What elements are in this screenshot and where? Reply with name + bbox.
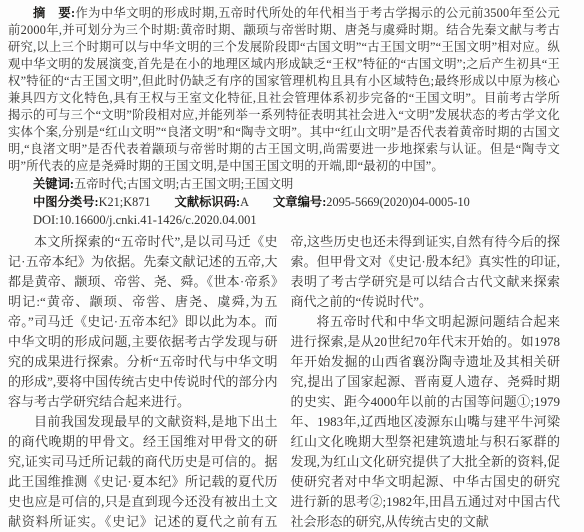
document-code-value: A (240, 195, 249, 209)
abstract-paragraph: 摘 要:作为中华文明的形成时期,五帝时代所处的年代相当于考古学揭示的公元前350… (8, 5, 560, 175)
document-code: 文献标识码:A (175, 195, 249, 209)
abstract-label: 摘 要: (33, 6, 75, 20)
body-paragraph: 本文所探索的“五帝时代”,是以司马迁《史记·五帝本纪》为依据。先秦文献记述的五帝… (8, 232, 278, 412)
journal-article-page: 摘 要:作为中华文明的形成时期,五帝时代所处的年代相当于考古学揭示的公元前350… (0, 0, 584, 532)
doi-text: DOI:10.16600/j.cnki.41-1426/c.2020.04.00… (33, 213, 257, 227)
clc-value: K21;K871 (99, 195, 151, 209)
clc-label: 中图分类号: (33, 195, 99, 209)
body-paragraph: 将五帝时代和中华文明起源问题结合起来进行探索,是从20世纪70年代末开始的。如1… (291, 312, 561, 532)
abstract-text: 作为中华文明的形成时期,五帝时代所处的年代相当于考古学揭示的公元前3500年至公… (8, 6, 560, 173)
keywords-line: 关键词:五帝时代;古国文明;古王国文明;王国文明 (8, 175, 560, 193)
article-id: 文章编号:2095-5669(2020)04-0005-10 (273, 195, 470, 209)
article-id-value: 2095-5669(2020)04-0005-10 (326, 195, 469, 209)
keywords-label: 关键词: (33, 177, 74, 191)
doi-line: DOI:10.16600/j.cnki.41-1426/c.2020.04.00… (8, 211, 560, 229)
clc-number: 中图分类号:K21;K871 (33, 195, 151, 209)
article-body-two-columns: 本文所探索的“五帝时代”,是以司马迁《史记·五帝本纪》为依据。先秦文献记述的五帝… (8, 232, 560, 532)
document-code-label: 文献标识码: (175, 195, 241, 209)
keywords-text: 五帝时代;古国文明;古王国文明;王国文明 (74, 177, 293, 191)
article-id-label: 文章编号: (273, 195, 326, 209)
classification-line: 中图分类号:K21;K871文献标识码:A文章编号:2095-5669(2020… (8, 193, 560, 211)
